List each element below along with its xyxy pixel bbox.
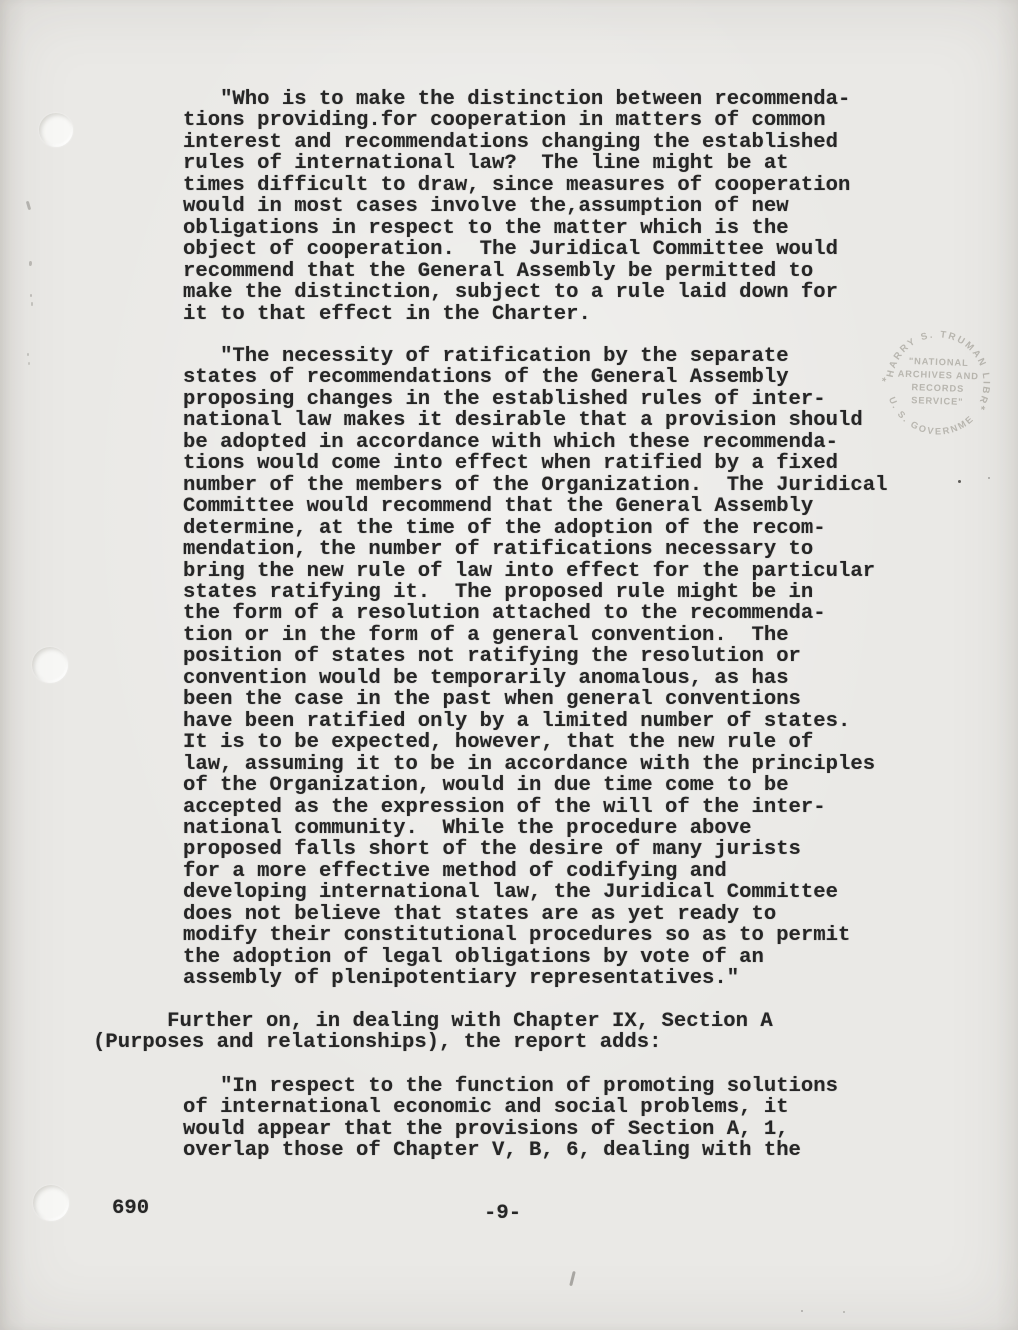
- stamp-center-line-1: "NATIONAL: [909, 356, 969, 368]
- punch-hole-bottom: [33, 1185, 69, 1221]
- stamp-center-line-3: RECORDS: [911, 382, 964, 394]
- block-quote-distinction: "Who is to make the distinction between …: [183, 89, 850, 325]
- margin-tick-mark-1: [26, 201, 31, 210]
- margin-tick-mark-4: [31, 302, 33, 306]
- punch-hole-middle: [32, 647, 68, 683]
- ink-speck-3: [801, 1310, 803, 1312]
- stamp-center-line-4: SERVICE": [911, 395, 964, 407]
- truman-library-stamp: HARRY S. TRUMAN LIBRARY U. S. GOVERNMENT…: [862, 307, 1014, 459]
- ink-speck-2: [988, 477, 990, 479]
- page-number: -9-: [484, 1203, 521, 1224]
- ink-speck-4: [843, 1311, 845, 1313]
- margin-tick-mark-3: [30, 294, 32, 297]
- ink-speck-1: [958, 480, 961, 483]
- block-quote-ratification: "The necessity of ratification by the se…: [183, 346, 887, 990]
- block-quote-chapter-ix: "In respect to the function of promoting…: [183, 1076, 838, 1162]
- stamp-star-left-icon: *: [880, 376, 888, 389]
- stamp-center-line-2: ARCHIVES AND: [898, 369, 980, 382]
- narrative-paragraph: Further on, in dealing with Chapter IX, …: [93, 1011, 773, 1054]
- punch-hole-top: [39, 113, 73, 147]
- margin-tick-mark-5: [27, 353, 29, 356]
- scratch-mark: [569, 1271, 575, 1286]
- scanned-document-page: "Who is to make the distinction between …: [0, 0, 1018, 1330]
- folio-number: 690: [112, 1198, 149, 1219]
- margin-tick-mark-6: [28, 362, 30, 365]
- stamp-star-right-icon: *: [979, 404, 987, 417]
- margin-tick-mark-2: [29, 261, 32, 266]
